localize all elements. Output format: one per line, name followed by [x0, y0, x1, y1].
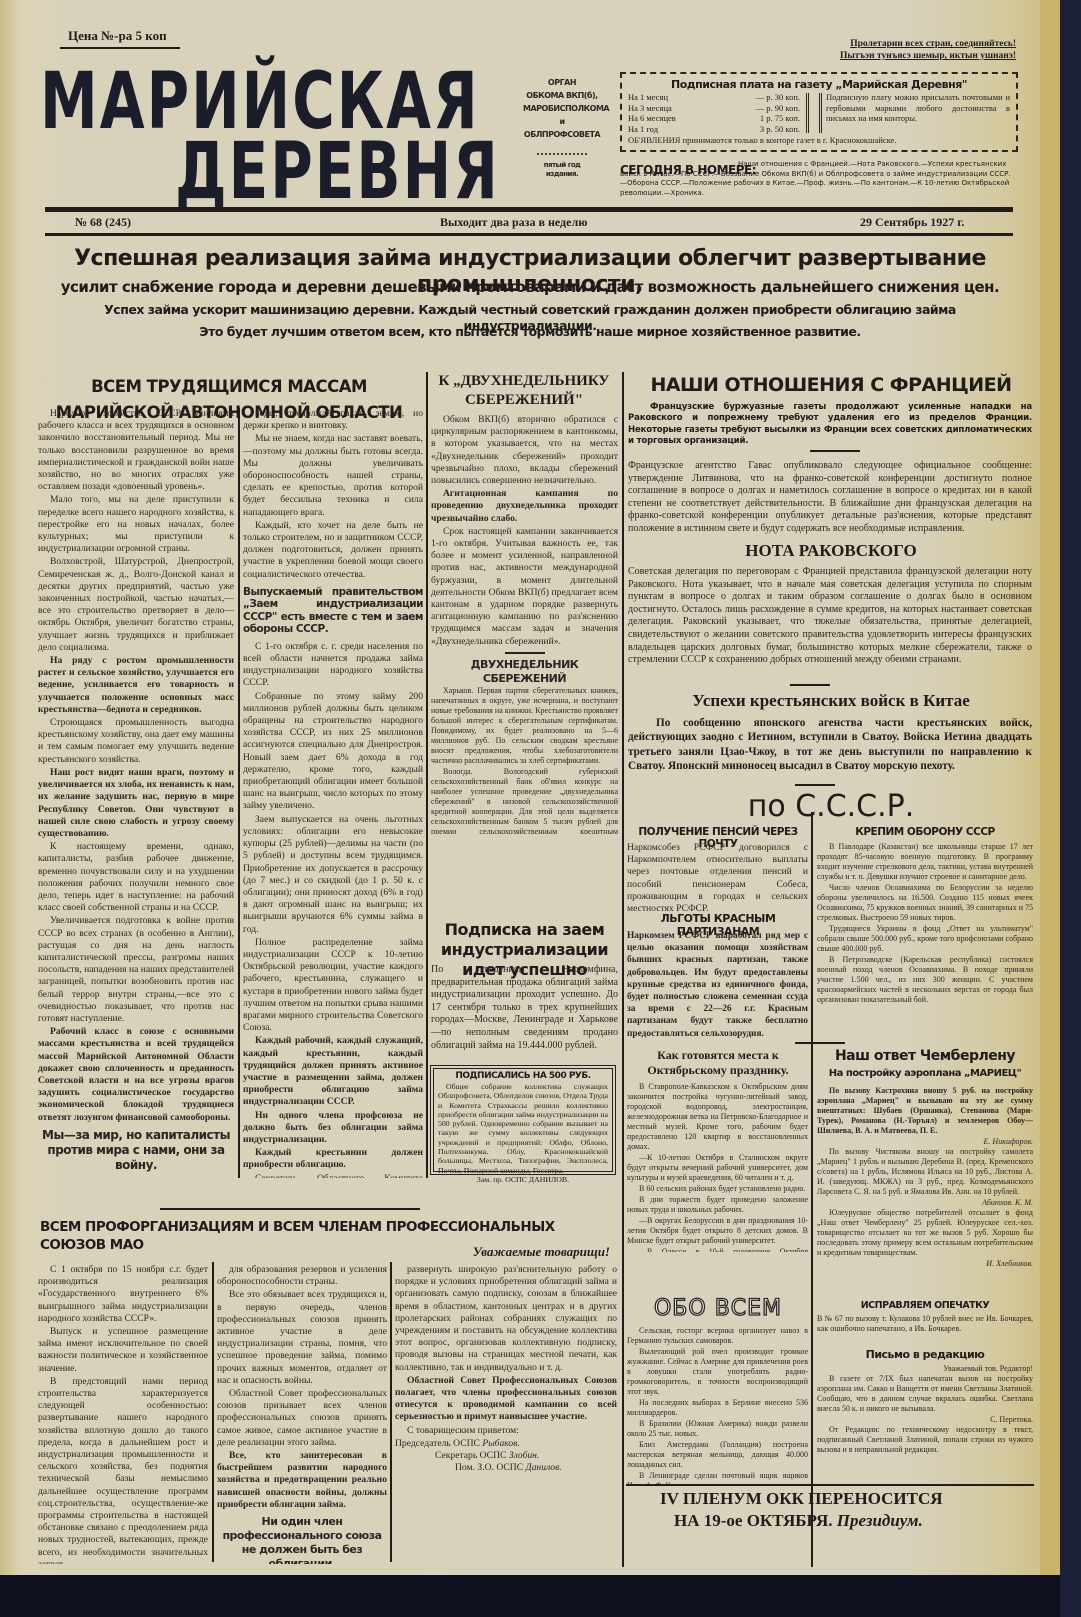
paragraph: В Ленинграде сделан почтовый ящик ящиков…: [627, 1471, 808, 1484]
holiday-title: Как готовятся места к Октябрьскому празд…: [626, 1048, 810, 1078]
chamberlain-text: По вызову Кастрохина вношу 5 руб. на пос…: [817, 1086, 1033, 1286]
erratum-text: В № 67 по вызову т. Кулакова 10 рублей в…: [817, 1314, 1033, 1334]
chamberlain-title: Наш ответ Чемберлену: [816, 1048, 1034, 1065]
unions-column-1: С 1 октября по 15 ноября с.г. будет прои…: [38, 1264, 208, 1564]
signature-role: Пом. З.О. ОСПС: [455, 1462, 523, 1473]
subscription-title: Подписная плата на газету „Марийская Дер…: [622, 78, 1016, 91]
rate-period: На 3 месяца: [628, 103, 672, 114]
slogan-mari: Пытъэн тунъясэ шемыр, иктын ушнанэ!: [806, 50, 1016, 62]
plenum-notice: IV ПЛЕНУМ ОКК ПЕРЕНОСИТСЯ НА 19-ое ОКТЯБ…: [660, 1488, 1020, 1532]
subscription-news-text: По сведениям Наркомфина, предварительная…: [431, 964, 618, 1052]
organ-line: ОБКОМА ВКП(б),: [523, 89, 601, 102]
paragraph: Вылетающий рой пчел производит громкое ж…: [627, 1347, 808, 1397]
paragraph: Поэтому мы говорим рабочему и крестьянин…: [38, 1177, 234, 1178]
unions-column-2: для образования резервов и усиления обор…: [217, 1264, 387, 1564]
paragraph: Все это обязывает всех трудящихся и, в п…: [217, 1289, 387, 1387]
about-all-title: ОБО ВСЕМ: [626, 1296, 810, 1322]
paragraph: Строющаяся промышленность выгодна кресть…: [38, 717, 234, 766]
letter-title: Письмо в редакцию: [816, 1348, 1034, 1361]
paragraph: В предстоящий нами период строительства …: [38, 1376, 208, 1564]
paragraph: Каждый крестьянин должен приобрести обли…: [243, 1147, 423, 1171]
subscription-note: Подписную плату можно присылать почтовым…: [826, 92, 1010, 124]
paragraph: Выпуск и успешное размещение займа имеют…: [38, 1326, 208, 1375]
price-label: Цена №-ра 5 коп: [68, 28, 167, 44]
paragraph: —К 10-летию Октября в Сталинском округе …: [627, 1153, 808, 1183]
paragraph: В дни торжеств будет проведено заложение…: [627, 1195, 808, 1215]
paragraph: Число членов Осоавиахима по Белоруссии з…: [817, 883, 1033, 923]
pledge-box: ПОДПИСАЛИСЬ НА 500 РУБ. Общее собрание к…: [433, 1068, 613, 1172]
paragraph: Мало того, мы на деле приступили к перед…: [38, 494, 234, 555]
paragraph: Наш рост видят наши враги, поэтому и уве…: [38, 767, 234, 840]
savings-subtitle: ДВУХНЕДЕЛЬНИК СБЕРЕЖЕНИЙ: [431, 658, 618, 686]
newspaper-page: Цена №-ра 5 коп МАРИЙСКАЯ ДЕРЕВНЯ ОРГАН …: [0, 0, 1060, 1575]
paragraph: Рабочий класс в союзе с основными массам…: [38, 1026, 234, 1124]
erratum-title: ИСПРАВЛЯЕМ ОПЕЧАТКУ: [816, 1300, 1034, 1311]
paragraph: С 1 октября по 15 ноября с.г. будет прои…: [38, 1264, 208, 1325]
letter-body: Уважаемый тов. Редактор! В газете от 7/I…: [817, 1364, 1033, 1456]
paragraph: Близ Амстердама (Голландия) построена ма…: [627, 1440, 808, 1470]
rakovsky-title: НОТА РАКОВСКОГО: [626, 540, 1036, 562]
background-edge: [1060, 0, 1081, 1617]
masthead-title-line2: ДЕРЕВНЯ: [175, 132, 500, 210]
masthead-rule: [45, 207, 1013, 212]
rate-period: На 1 год: [628, 124, 658, 135]
pledge-text: Общее собрание коллектива служащих Облпр…: [438, 1082, 608, 1175]
rate-row: На 3 месяца— р. 90 коп.: [628, 103, 800, 114]
ornament-divider: [806, 93, 822, 133]
signature-role: Председатель ОСПС: [395, 1438, 480, 1449]
organ-divider: [537, 153, 587, 155]
frequency-label: Выходит два раза в неделю: [440, 215, 587, 230]
signature-role: Секретарь Областного Комитета Всесоюзной…: [243, 1173, 423, 1178]
paragraph: Областной Совет профессиональных союзов …: [217, 1388, 387, 1449]
rate-price: — р. 30 коп.: [756, 92, 800, 103]
plenum-line: IV ПЛЕНУМ ОКК ПЕРЕНОСИТСЯ: [660, 1488, 1020, 1510]
paragraph: —В округах Белоруссии в дни празднования…: [627, 1216, 808, 1246]
paragraph: для образования резервов и усиления обор…: [217, 1264, 387, 1288]
appeal-column-2: воды, продолжай пахать землю, но держи к…: [243, 408, 423, 1178]
savings-title: К „ДВУХНЕДЕЛЬНИКУ СБЕРЕЖЕНИЙ": [430, 372, 618, 410]
paragraph: Народное хозяйство СССР усилиями рабочег…: [38, 408, 234, 493]
subscription-rates: На 1 месяц— р. 30 коп. На 3 месяца— р. 9…: [628, 92, 800, 134]
paragraph: В Петрозаводске (Карельская республика) …: [817, 955, 1033, 1005]
france-lead: Французские буржуазные газеты продолжают…: [628, 402, 1032, 448]
appeal-subhead: Выпускаемый правительством „Заем индустр…: [243, 586, 423, 636]
partisans-text: Наркомзем РСФСР выработал ряд мер с цель…: [627, 930, 808, 1040]
defense-items: В Павлодаре (Казакстан) все школьницы ст…: [817, 842, 1033, 1006]
signature-name: Данилов.: [526, 1462, 562, 1473]
paragraph: В Бразилии (Южная Америка) вожди развели…: [627, 1419, 808, 1439]
paragraph: воды, продолжай пахать землю, но держи к…: [243, 408, 423, 432]
signature-name: Рыбаков.: [482, 1438, 519, 1449]
paragraph: Обком ВКП(б) вторично обратился с циркул…: [431, 414, 618, 487]
paragraph: Вологда. Вологодский губернский сельскох…: [431, 767, 618, 834]
paragraph: Мы не знаем, когда нас заставят воевать,…: [243, 433, 423, 518]
slogan: Пролетарии всех стран, соединяйтесь! Пыт…: [806, 38, 1016, 62]
signature: С. Перетока.: [817, 1415, 1033, 1425]
subscription-box: Подписная плата на газету „Марийская Дер…: [620, 72, 1018, 152]
pensions-text: Наркомсобез РСФСР договорился с Наркомпо…: [627, 842, 808, 915]
paragraph: На последних выборах в Берлине внесено 5…: [627, 1398, 808, 1418]
paragraph: Харьков. Первая партия сберегательных кн…: [431, 686, 618, 766]
paragraph: Ни одного члена профсоюза не должно быть…: [243, 1110, 423, 1147]
unions-subhead: Ни один член профессионального союза не …: [217, 1515, 387, 1564]
unions-salute: Уважаемые товарищи!: [310, 1244, 610, 1260]
paragraph: В Ставрополе-Кавказском к Октябрьским дн…: [627, 1082, 808, 1152]
paragraph: Волховстрой, Шатурстрой, Днепрострой, Се…: [38, 556, 234, 654]
organ-line: ОРГАН: [523, 76, 601, 89]
savings-column: Обком ВКП(б) вторично обратился с циркул…: [431, 414, 618, 834]
paragraph: Полное распределение займа индустриализа…: [243, 937, 423, 1035]
paragraph: В 60 сельских районах будет установлено …: [627, 1184, 808, 1194]
paragraph: Срок настоящей кампании заканчивается 1-…: [431, 526, 618, 648]
china-title: Успехи крестьянских войск в Китае: [626, 690, 1036, 712]
paragraph: Все, кто заинтересован в быстрейшем разв…: [217, 1450, 387, 1511]
banner-line: усилит снабжение города и деревни дешевы…: [40, 278, 1020, 296]
organ-line: МАРОБИСПОЛКОМА: [523, 102, 601, 115]
banner-line: Это будет лучшим ответом всем, кто пытае…: [40, 324, 1020, 340]
france-text: Французское агентство Гавас опубликовало…: [628, 460, 1032, 536]
rate-row: На 1 месяц— р. 30 коп.: [628, 92, 800, 103]
tape-strip: [1040, 0, 1060, 1575]
paragraph: Собранные по этому займу 200 миллионов р…: [243, 691, 423, 813]
rate-period: На 6 месяцев: [628, 113, 676, 124]
paragraph: Агитационная кампания по проведению двух…: [431, 488, 618, 525]
slogan-ru: Пролетарии всех стран, соединяйтесь!: [806, 38, 1016, 50]
paragraph: В газете от 7/IX был напечатан вызов на …: [817, 1374, 1033, 1414]
paragraph: Увеличивается подготовка к войне против …: [38, 915, 234, 1025]
appeal-subhead: Мы—за мир, но капиталисты против мира с …: [38, 1128, 234, 1173]
greeting: С товарищеским приветом:: [395, 1425, 617, 1437]
paragraph: Каждый, кто хочет на деле быть не только…: [243, 520, 423, 581]
paragraph: Каждый рабочий, каждый служащий, каждый …: [243, 1035, 423, 1108]
paragraph: Сельская, госторг всерика организует нав…: [627, 1326, 808, 1346]
unions-column-3: развернуть широкую раз'яснительную работ…: [395, 1264, 617, 1564]
holiday-items: В Ставрополе-Кавказском к Октябрьским дн…: [627, 1082, 808, 1252]
paragraph: С 1-го октября с. г. среди населения по …: [243, 641, 423, 690]
signature-role: Секретарь ОСПС: [435, 1450, 506, 1461]
issue-date: 29 Сентябрь 1927 г.: [860, 215, 964, 230]
signature: Е. Никифоров.: [817, 1137, 1033, 1147]
paragraph: К настоящему времени, однако, капиталист…: [38, 841, 234, 914]
plenum-line: НА 19-ое ОКТЯБРЯ.: [674, 1511, 833, 1530]
rate-row: На 6 месяцев1 р. 75 коп.: [628, 113, 800, 124]
rate-price: — р. 90 коп.: [756, 103, 800, 114]
paragraph: Юлеуруское общество потребителей отсылае…: [817, 1208, 1033, 1258]
paragraph: —В Одессе в 10-й годовщине Октября приур…: [627, 1247, 808, 1252]
dateline-rule: [45, 233, 1013, 236]
rakovsky-text: Советская делегация по переговорам с Фра…: [628, 566, 1032, 667]
paragraph: Трудящиеся Украины в фонд „Ответ на ульт…: [817, 924, 1033, 954]
issue-number: № 68 (245): [75, 215, 131, 230]
rate-price: 3 р. 50 коп.: [760, 124, 800, 135]
rate-period: На 1 месяц: [628, 92, 668, 103]
year-label: пятый год издания.: [523, 161, 601, 179]
rate-row: На 1 год3 р. 50 коп.: [628, 124, 800, 135]
ads-note: ОБ'ЯВЛЕНИЯ принимаются только в конторе …: [628, 135, 1012, 146]
paragraph: Заем выпускается на очень льготных услов…: [243, 814, 423, 936]
organ-line: и ОБЛПРОФСОВЕТА: [523, 115, 601, 141]
defense-title: КРЕПИМ ОБОРОНУ СССР: [816, 826, 1034, 838]
rate-price: 1 р. 75 коп.: [760, 113, 800, 124]
paragraph: Областной Совет Профессиональных Союзов …: [395, 1375, 617, 1424]
pledge-title: ПОДПИСАЛИСЬ НА 500 РУБ.: [438, 1071, 608, 1082]
signature: И. Хлебников.: [817, 1259, 1033, 1269]
pledge-sign: Зам. пр. ОСПС ДАНИЛОВ.: [438, 1175, 608, 1184]
signature-name: Злобин.: [509, 1450, 540, 1461]
about-all-items: Сельская, госторг всерика организует нав…: [627, 1326, 808, 1484]
paragraph: развернуть широкую раз'яснительную работ…: [395, 1264, 617, 1374]
ussr-title: по С.С.С.Р.: [626, 790, 1036, 824]
organ-label: ОРГАН ОБКОМА ВКП(б), МАРОБИСПОЛКОМА и ОБ…: [523, 76, 601, 179]
paragraph: В Павлодаре (Казакстан) все школьницы ст…: [817, 842, 1033, 882]
paragraph: От Редакции: по техническому недосмотру …: [817, 1425, 1033, 1455]
signature: Абиюхов. К. М.: [817, 1198, 1033, 1208]
china-text: По сообщению японского агенства части кр…: [628, 716, 1032, 773]
paragraph: По вызову Чистякова вношу на постройку с…: [817, 1147, 1033, 1197]
chamberlain-subtitle: На постройку аэроплана „МАРИЕЦ": [816, 1068, 1034, 1079]
today-text: Наши отношения с Францией.—Нота Раковско…: [620, 160, 1016, 198]
letter-salute: Уважаемый тов. Редактор!: [817, 1364, 1033, 1374]
plenum-sign: Президиум.: [837, 1511, 923, 1530]
paragraph: На ряду с ростом промышленности растет и…: [38, 655, 234, 716]
paragraph: По вызову Кастрохина вношу 5 руб. на пос…: [817, 1086, 1033, 1136]
appeal-column-1: Народное хозяйство СССР усилиями рабочег…: [38, 408, 234, 1178]
france-title: НАШИ ОТНОШЕНИЯ С ФРАНЦИЕЙ: [626, 372, 1036, 398]
